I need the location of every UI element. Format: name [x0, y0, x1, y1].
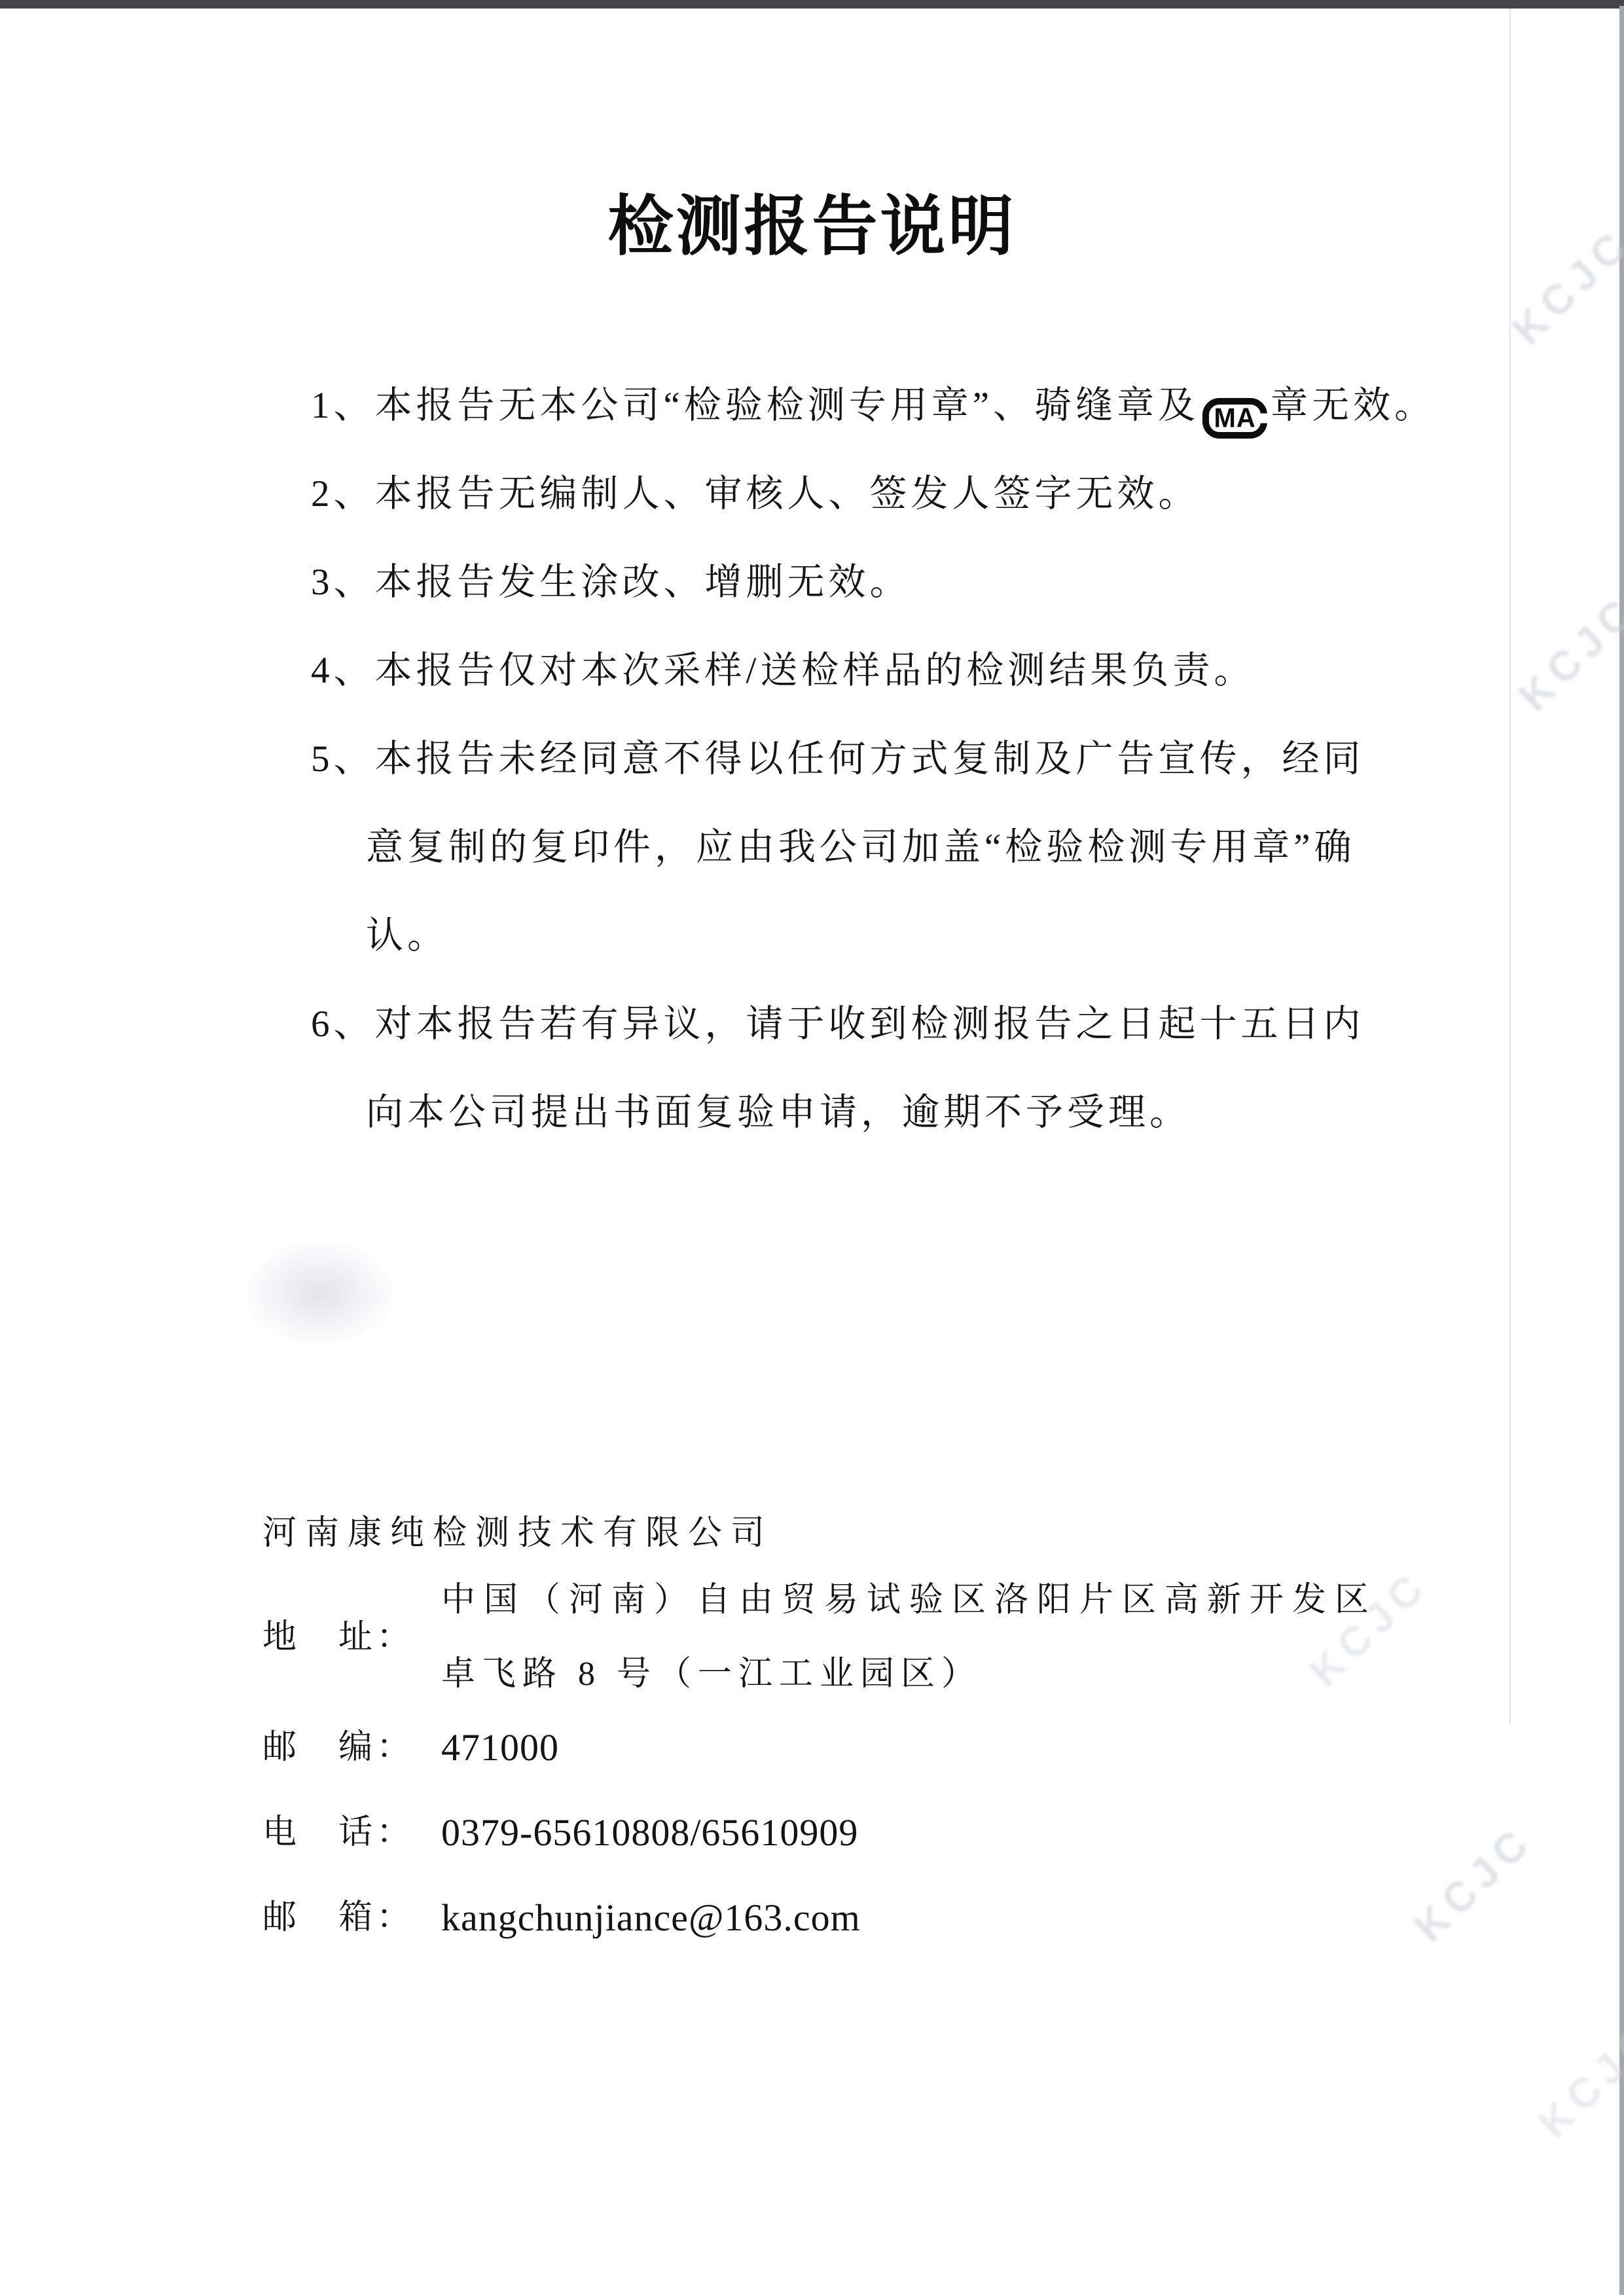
watermark-text: KCJC — [1509, 585, 1624, 721]
list-item-6: 6、 对本报告若有异议，请于收到检测报告之日起十五日内 — [311, 1002, 1417, 1090]
page-title: 检测报告说明 — [0, 194, 1624, 259]
company-info: 河南康纯检测技术有限公司 地 址： 中国（河南）自由贸易试验区洛阳片区高新开发区… — [262, 1513, 1454, 1983]
address-line-2: 卓飞路 8 号（一江工业园区） — [441, 1654, 1454, 1695]
item-text: 意复制的复印件，应由我公司加盖“检验检测专用章”确 — [366, 825, 1417, 871]
notes-list: 1、 本报告无本公司“检验检测专用章”、骑缝章及MA章无效。 2、 本报告无编制… — [311, 383, 1417, 1178]
item-text: 本报告未经同意不得以任何方式复制及广告宣传，经同 — [375, 736, 1418, 782]
scanned-report-page: KCJC KCJC KCJC KCJC KCJC 检测报告说明 1、 本报告无本… — [0, 0, 1624, 2295]
item-text: 向本公司提出书面复验申请，逾期不予受理。 — [366, 1090, 1417, 1136]
item-number: 2、 — [311, 471, 375, 517]
phone-row: 电 话： 0379-65610808/65610909 — [262, 1813, 1454, 1853]
postcode-label: 邮 编： — [262, 1727, 441, 1768]
item-number: 6、 — [311, 1002, 375, 1047]
scan-smudge — [241, 1237, 398, 1348]
address-row: 地 址： 中国（河南）自由贸易试验区洛阳片区高新开发区 卓飞路 8 号（一江工业… — [262, 1580, 1454, 1695]
postcode-value: 471000 — [441, 1727, 559, 1768]
scan-edge-top — [0, 0, 1624, 9]
phone-label: 电 话： — [262, 1813, 441, 1853]
item-text: 本报告仅对本次采样/送检样品的检测结果负责。 — [375, 648, 1418, 694]
watermark-text: KCJC — [1528, 2012, 1624, 2148]
cma-accreditation-mark-icon: MA — [1202, 398, 1267, 439]
address-line-1: 中国（河南）自由贸易试验区洛阳片区高新开发区 — [441, 1580, 1454, 1621]
cma-mark-letters: MA — [1214, 405, 1256, 432]
list-item-5-line-3: 认。 — [311, 913, 1417, 1002]
email-value: kangchunjiance@163.com — [441, 1898, 861, 1938]
list-item-5-line-2: 意复制的复印件，应由我公司加盖“检验检测专用章”确 — [311, 825, 1417, 913]
postcode-row: 邮 编： 471000 — [262, 1727, 1454, 1768]
email-label: 邮 箱： — [262, 1898, 441, 1938]
item-text-post: 章无效。 — [1271, 385, 1435, 426]
list-item-6-line-2: 向本公司提出书面复验申请，逾期不予受理。 — [311, 1090, 1417, 1178]
item-number: 3、 — [311, 560, 375, 605]
list-item-2: 2、 本报告无编制人、审核人、签发人签字无效。 — [311, 471, 1417, 560]
list-item-5: 5、 本报告未经同意不得以任何方式复制及广告宣传，经同 — [311, 736, 1417, 825]
list-item-4: 4、 本报告仅对本次采样/送检样品的检测结果负责。 — [311, 648, 1417, 736]
item-text: 对本报告若有异议，请于收到检测报告之日起十五日内 — [375, 1002, 1418, 1047]
scan-edge-right — [1619, 6, 1624, 2295]
address-value: 中国（河南）自由贸易试验区洛阳片区高新开发区 卓飞路 8 号（一江工业园区） — [441, 1580, 1454, 1695]
item-number: 5、 — [311, 736, 375, 782]
email-row: 邮 箱： kangchunjiance@163.com — [262, 1898, 1454, 1938]
phone-value: 0379-65610808/65610909 — [441, 1813, 858, 1853]
company-name: 河南康纯检测技术有限公司 — [262, 1513, 1454, 1554]
item-number: 1、 — [311, 383, 375, 429]
item-number: 4、 — [311, 648, 375, 694]
scan-fold-line — [1509, 9, 1511, 1724]
item-text: 本报告无本公司“检验检测专用章”、骑缝章及MA章无效。 — [375, 383, 1436, 439]
item-text: 认。 — [366, 913, 1417, 959]
item-text-pre: 本报告无本公司“检验检测专用章”、骑缝章及 — [375, 385, 1200, 426]
list-item-1: 1、 本报告无本公司“检验检测专用章”、骑缝章及MA章无效。 — [311, 383, 1417, 471]
item-text: 本报告无编制人、审核人、签发人签字无效。 — [375, 471, 1418, 517]
item-text: 本报告发生涂改、增删无效。 — [375, 560, 1418, 605]
address-label: 地 址： — [262, 1617, 441, 1658]
list-item-3: 3、 本报告发生涂改、增删无效。 — [311, 560, 1417, 648]
